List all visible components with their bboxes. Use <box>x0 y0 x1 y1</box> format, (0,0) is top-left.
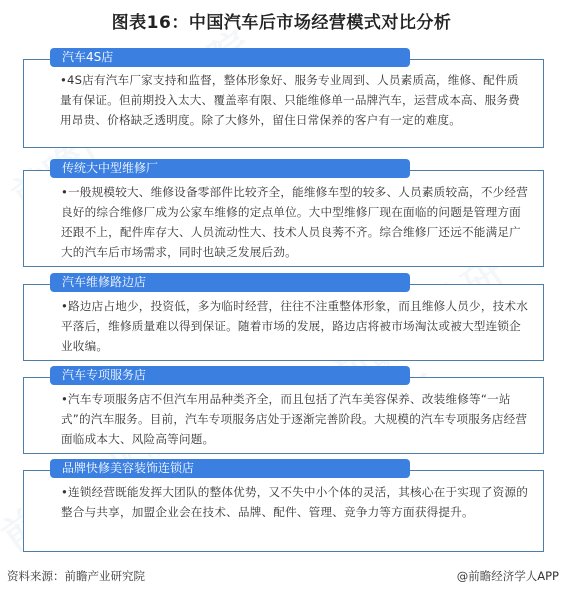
section-brand-chain-store: 品牌快修美容装饰连锁店 •连锁经营既能发挥大团队的整体优势，又不失中小个体的灵活… <box>23 459 544 554</box>
section-header: 汽车维修路边店 <box>50 273 410 292</box>
section-text: •4S店有汽车厂家支持和监督，整体形象好、服务专业周到、人员素质高，维修、配件质… <box>60 70 530 130</box>
section-text: •一般规模较大、维修设备零部件比较齐全，能维修车型的较多、人员素质较高，不少经营… <box>61 182 531 262</box>
credit-note: @前瞻经济学人APP <box>457 568 559 584</box>
section-text: •路边店占地少，投资低，多为临时经营，往往不注重整体形象，而且维修人员少，技术水… <box>61 296 531 356</box>
source-note: 资料来源：前瞻产业研究院 <box>7 568 145 584</box>
section-specialty-service-store: 汽车专项服务店 •汽车专项服务店不但汽车用品种类齐全，而且包括了汽车美容保养、改… <box>23 366 544 456</box>
page-title: 图表16：中国汽车后市场经营模式对比分析 <box>0 8 563 33</box>
section-header: 品牌快修美容装饰连锁店 <box>50 459 410 478</box>
section-large-repair-shop: 传统大中型维修厂 •一般规模较大、维修设备零部件比较齐全，能维修车型的较多、人员… <box>23 159 544 269</box>
section-text: •连锁经营既能发挥大团队的整体优势，又不失中小个体的灵活，其核心在于实现了资源的… <box>61 482 531 522</box>
section-header: 汽车4S店 <box>50 48 410 67</box>
section-text: •汽车专项服务店不但汽车用品种类齐全，而且包括了汽车美容保养、改装维修等“一站式… <box>61 389 531 449</box>
section-4s-store: 汽车4S店 •4S店有汽车厂家支持和监督，整体形象好、服务专业周到、人员素质高，… <box>23 48 544 148</box>
section-header: 汽车专项服务店 <box>50 366 410 385</box>
section-header: 传统大中型维修厂 <box>50 159 410 178</box>
section-roadside-shop: 汽车维修路边店 •路边店占地少，投资低，多为临时经营，往往不注重整体形象，而且维… <box>23 273 544 363</box>
